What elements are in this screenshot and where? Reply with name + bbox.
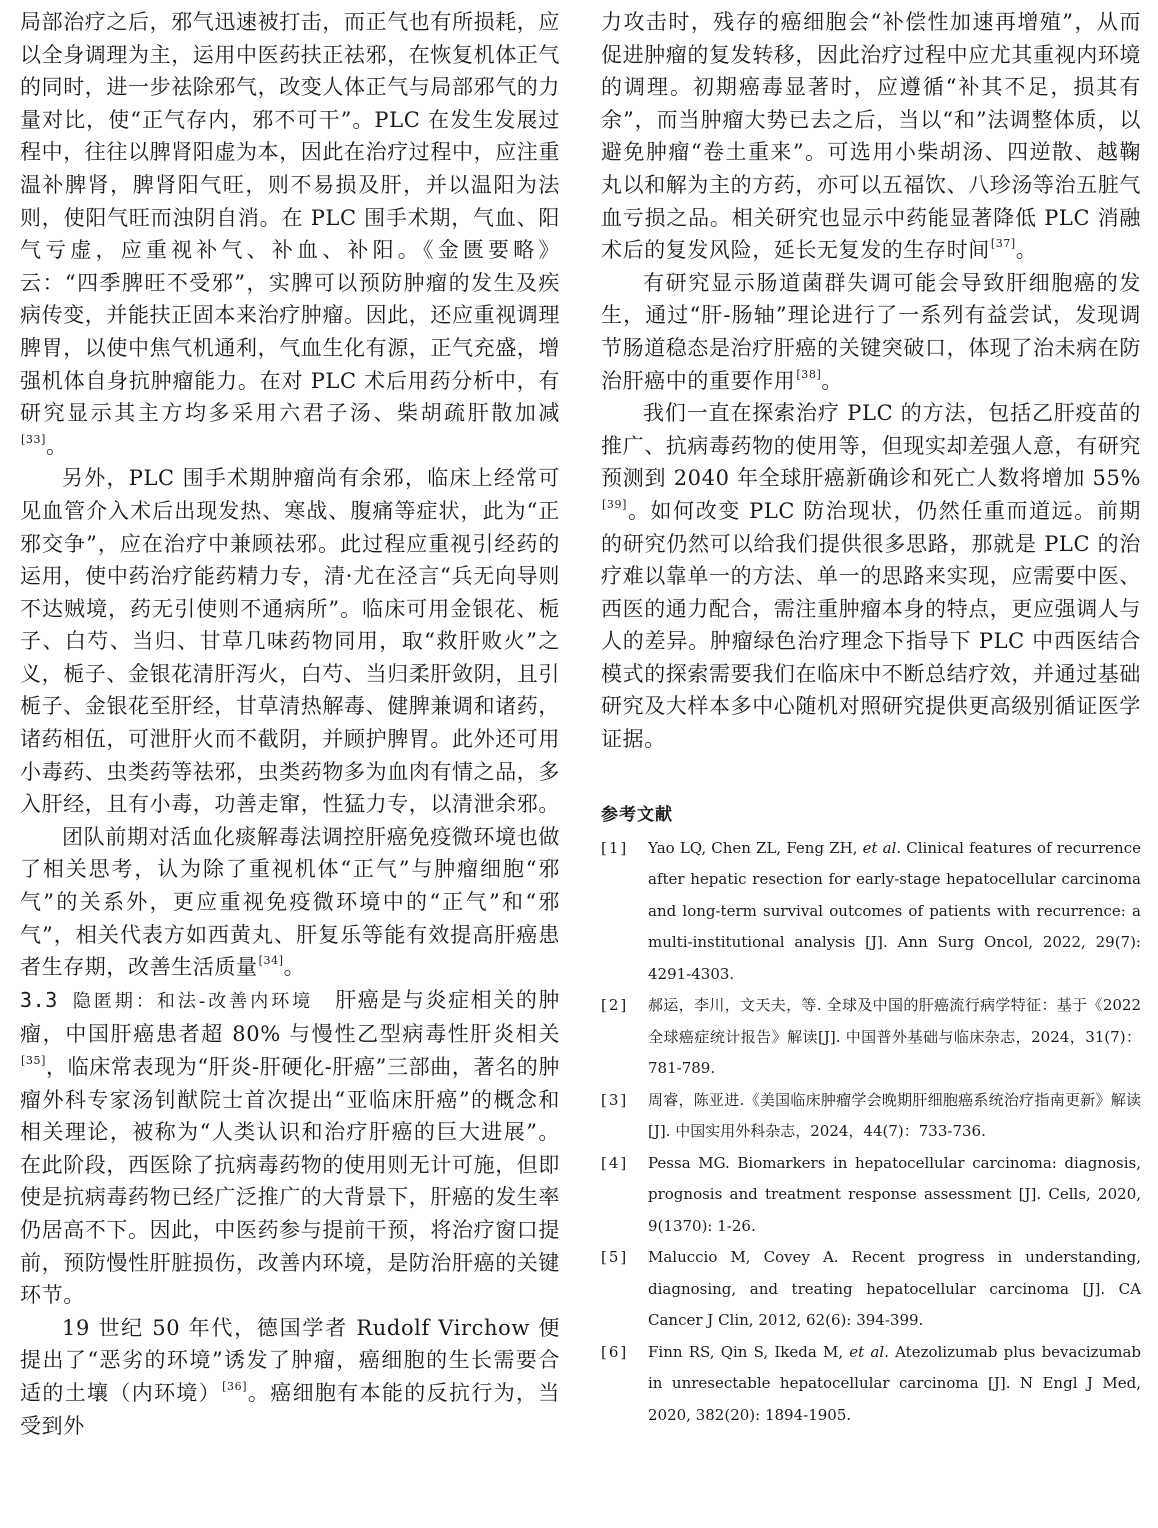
paragraph-left-3: 团队前期对活血化痰解毒法调控肝癌免疫微环境也做了相关思考，认为除了重视机体“正气… xyxy=(20,821,560,984)
paragraph-right-2: 有研究显示肠道菌群失调可能会导致肝细胞癌的发生，通过“肝-肠轴”理论进行了一系列… xyxy=(601,267,1141,397)
paragraph-text: 。如何改变 PLC 防治现状，仍然任重而道远。前期的研究仍然可以给我们提供很多思… xyxy=(601,499,1141,751)
paragraph-left-1: 局部治疗之后，邪气迅速被打击，而正气也有所损耗，应以全身调理为主，运用中医药扶正… xyxy=(20,6,560,462)
reference-item-3: [3]周睿，陈亚进.《美国临床肿瘤学会晚期肝细胞癌系统治疗指南更新》解读[J].… xyxy=(601,1085,1141,1148)
citation-37[interactable]: [37] xyxy=(991,237,1016,250)
reference-text: 郝运，李川，文天夫，等. 全球及中国的肝癌流行病学特征：基于《2022 全球癌症… xyxy=(648,996,1141,1077)
citation-36[interactable]: [36] xyxy=(222,1380,247,1393)
citation-39[interactable]: [39] xyxy=(602,498,627,511)
references-heading: 参考文献 xyxy=(601,800,1141,825)
reference-etal: et al xyxy=(863,839,897,857)
sentence-end: 。 xyxy=(284,955,306,979)
reference-list: [1]Yao LQ, Chen ZL, Feng ZH, et al. Clin… xyxy=(601,833,1141,1432)
reference-item-4: [4]Pessa MG. Biomarkers in hepatocellula… xyxy=(601,1148,1141,1243)
citation-34[interactable]: [34] xyxy=(259,954,284,967)
reference-item-2: [2]郝运，李川，文天夫，等. 全球及中国的肝癌流行病学特征：基于《2022 全… xyxy=(601,990,1141,1085)
paragraph-left-2: 另外，PLC 围手术期肿瘤尚有余邪，临床上经常可见血管介入术后出现发热、寒战、腹… xyxy=(20,462,560,821)
paragraph-text: 我们一直在探索治疗 PLC 的方法，包括乙肝疫苗的推广、抗病毒药物的使用等，但现… xyxy=(601,401,1141,490)
paragraph-text: 有研究显示肠道菌群失调可能会导致肝细胞癌的发生，通过“肝-肠轴”理论进行了一系列… xyxy=(601,271,1141,393)
section-number: 3.3 xyxy=(20,988,58,1012)
section-title: 隐匿期：和法-改善内环境 xyxy=(72,991,313,1012)
reference-item-5: [5]Maluccio M, Covey A. Recent progress … xyxy=(601,1242,1141,1337)
paragraph-text: ，临床常表现为“肝炎-肝硬化-肝癌”三部曲，著名的肿瘤外科专家汤钊猷院士首次提出… xyxy=(20,1055,560,1307)
left-column: 局部治疗之后，邪气迅速被打击，而正气也有所损耗，应以全身调理为主，运用中医药扶正… xyxy=(20,6,560,1442)
reference-number: [4] xyxy=(601,1148,628,1180)
paragraph-right-1: 力攻击时，残存的癌细胞会“补偿性加速再增殖”，从而促进肿瘤的复发转移，因此治疗过… xyxy=(601,6,1141,267)
citation-35[interactable]: [35] xyxy=(21,1054,46,1067)
reference-number: [5] xyxy=(601,1242,628,1274)
reference-etal: et al xyxy=(849,1343,884,1361)
paragraph-right-3: 我们一直在探索治疗 PLC 的方法，包括乙肝疫苗的推广、抗病毒药物的使用等，但现… xyxy=(601,397,1141,756)
citation-38[interactable]: [38] xyxy=(796,368,821,381)
reference-text: . Clinical features of recurrence after … xyxy=(648,839,1141,983)
reference-text: Pessa MG. Biomarkers in hepatocellular c… xyxy=(648,1154,1141,1235)
reference-text: Yao LQ, Chen ZL, Feng ZH, xyxy=(648,839,863,857)
reference-number: [3] xyxy=(601,1085,628,1117)
citation-33[interactable]: [33] xyxy=(21,433,46,446)
sentence-end: 。 xyxy=(46,434,68,458)
reference-item-6: [6]Finn RS, Qin S, Ikeda M, et al. Atezo… xyxy=(601,1337,1141,1432)
right-column: 力攻击时，残存的癌细胞会“补偿性加速再增殖”，从而促进肿瘤的复发转移，因此治疗过… xyxy=(601,6,1141,1431)
sentence-end: 。 xyxy=(821,369,843,393)
reference-text: Finn RS, Qin S, Ikeda M, xyxy=(648,1343,849,1361)
reference-number: [1] xyxy=(601,833,628,865)
paragraph-text: 力攻击时，残存的癌细胞会“补偿性加速再增殖”，从而促进肿瘤的复发转移，因此治疗过… xyxy=(601,10,1141,262)
reference-text: 周睿，陈亚进.《美国临床肿瘤学会晚期肝细胞癌系统治疗指南更新》解读[J]. 中国… xyxy=(648,1091,1141,1141)
reference-number: [6] xyxy=(601,1337,628,1369)
reference-item-1: [1]Yao LQ, Chen ZL, Feng ZH, et al. Clin… xyxy=(601,833,1141,991)
reference-text: Maluccio M, Covey A. Recent progress in … xyxy=(648,1248,1141,1329)
paragraph-left-4: 19 世纪 50 年代，德国学者 Rudolf Virchow 便提出了“恶劣的… xyxy=(20,1312,560,1442)
reference-number: [2] xyxy=(601,990,628,1022)
sentence-end: 。 xyxy=(1016,238,1038,262)
section-3-3: 3.3隐匿期：和法-改善内环境肝癌是与炎症相关的肿瘤，中国肝癌患者超 80% 与… xyxy=(20,984,560,1312)
paragraph-text: 局部治疗之后，邪气迅速被打击，而正气也有所损耗，应以全身调理为主，运用中医药扶正… xyxy=(20,10,560,425)
